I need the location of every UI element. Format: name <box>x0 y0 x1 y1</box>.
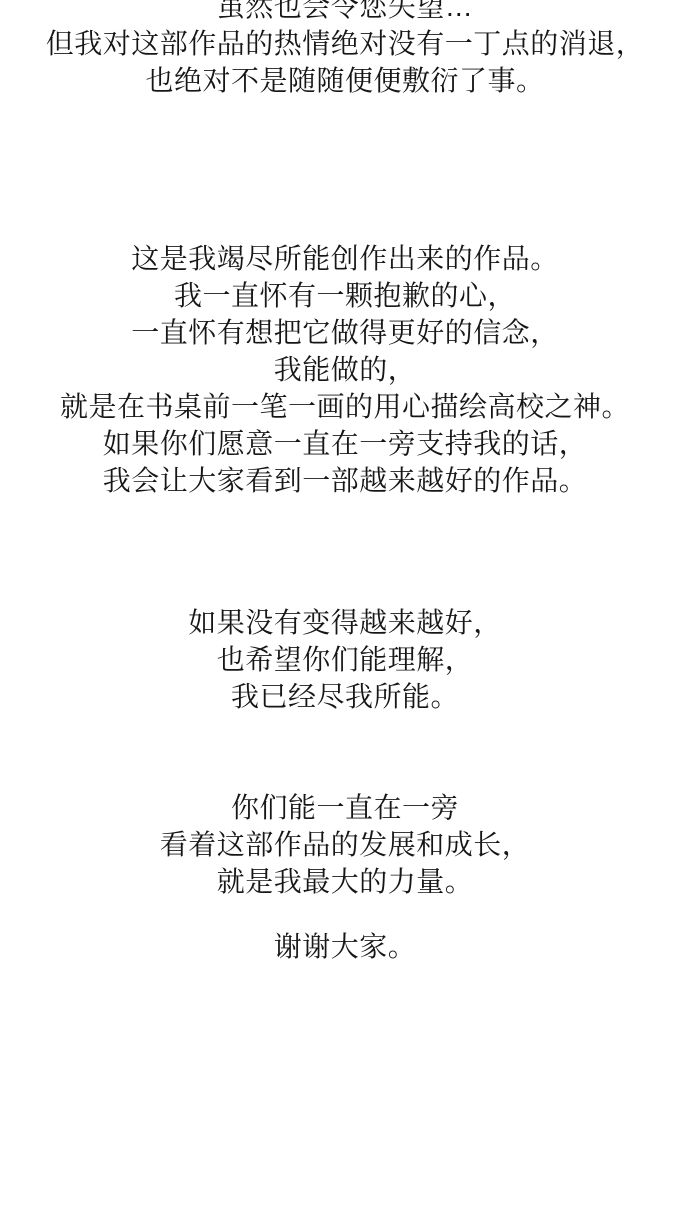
text-line: 但我对这部作品的热情绝对没有一丁点的消退， <box>0 25 690 62</box>
text-line: 如果你们愿意一直在一旁支持我的话， <box>0 425 690 462</box>
text-line: 也绝对不是随随便便敷衍了事。 <box>0 62 690 99</box>
text-line: 谢谢大家。 <box>0 928 690 965</box>
paragraph-support: 你们能一直在一旁 看着这部作品的发展和成长， 就是我最大的力量。 <box>0 789 690 900</box>
text-line: 我会让大家看到一部越来越好的作品。 <box>0 462 690 499</box>
text-line: 我已经尽我所能。 <box>0 678 690 715</box>
paragraph-understanding: 如果没有变得越来越好， 也希望你们能理解， 我已经尽我所能。 <box>0 604 690 715</box>
afterword-page: 虽然也会令您失望… 但我对这部作品的热情绝对没有一丁点的消退， 也绝对不是随随便… <box>0 0 690 1230</box>
paragraph-thanks: 谢谢大家。 <box>0 928 690 965</box>
paragraph-dedication: 这是我竭尽所能创作出来的作品。 我一直怀有一颗抱歉的心， 一直怀有想把它做得更好… <box>0 240 690 499</box>
text-line: 也希望你们能理解， <box>0 641 690 678</box>
paragraph-apology: 虽然也会令您失望… 但我对这部作品的热情绝对没有一丁点的消退， 也绝对不是随随便… <box>0 0 690 99</box>
text-line: 虽然也会令您失望… <box>0 0 690 25</box>
text-line: 看着这部作品的发展和成长， <box>0 826 690 863</box>
text-line: 如果没有变得越来越好， <box>0 604 690 641</box>
text-line: 就是我最大的力量。 <box>0 863 690 900</box>
text-line: 一直怀有想把它做得更好的信念， <box>0 314 690 351</box>
text-line: 这是我竭尽所能创作出来的作品。 <box>0 240 690 277</box>
text-line: 你们能一直在一旁 <box>0 789 690 826</box>
text-line: 就是在书桌前一笔一画的用心描绘高校之神。 <box>0 388 690 425</box>
text-line: 我一直怀有一颗抱歉的心， <box>0 277 690 314</box>
text-line: 我能做的， <box>0 351 690 388</box>
